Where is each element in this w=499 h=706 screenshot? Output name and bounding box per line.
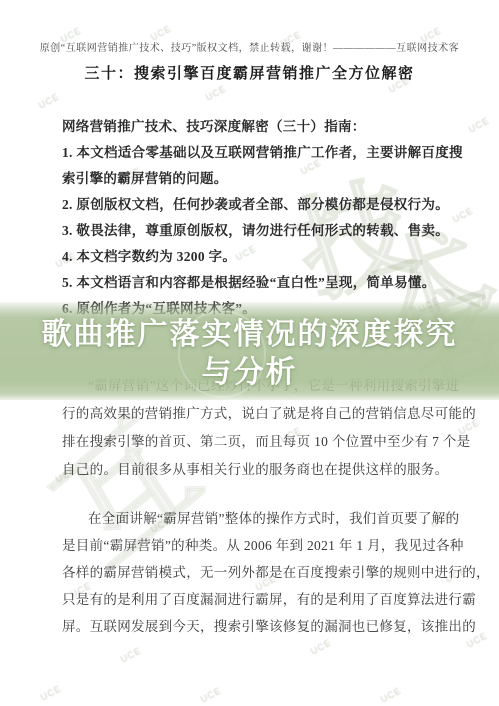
- watermark-small-mark: UCE: [37, 91, 61, 110]
- document-page: UCEUCEUCEUCEUCEUCEUCEUCEUCEUCEUCEUCEUCEU…: [0, 0, 499, 706]
- intro-line: 网络营销推广技术、技巧深度解密（三十）指南：: [62, 114, 463, 140]
- paragraph-line: 行的高效果的营销推广方式，说白了就是将自己的营销信息尽可能的: [62, 400, 476, 428]
- paragraph-2: 在全面讲解“霸屏营销”整体的操作方式时，我们首页要了解的 是目前“霸屏营销”的种…: [62, 505, 490, 640]
- paragraph-line: 只是有的是利用了百度漏洞进行霸屏，有的是利用了百度算法进行霸: [62, 586, 490, 613]
- watermark-small-mark: UCE: [204, 83, 228, 102]
- paragraph-line: 自己的。目前很多从事相关行业的服务商也在提供这样的服务。: [62, 456, 476, 484]
- paragraph-line: 各样的霸屏营销模式，无一列外都是在百度搜索引擎的规则中进行的，: [62, 559, 490, 586]
- watermark-circle: [178, 310, 266, 398]
- intro-line: 3. 敬畏法律，尊重原创版权，请勿进行任何形式的转载、售卖。: [62, 218, 463, 244]
- copyright-notice: 原创“互联网营销推广技术、技巧”版权文档，禁止转载，谢谢！——————互联网技术…: [0, 39, 499, 54]
- watermark-small-mark: UCE: [467, 115, 491, 134]
- paragraph-line: 排在搜索引擎的首页、第二页，而且每页 10 个位置中至少有 7 个是: [62, 428, 476, 456]
- watermark-small-mark: UCE: [199, 685, 223, 704]
- watermark-small-mark: UCE: [379, 685, 403, 704]
- intro-line: 1. 本文档适合零基础以及互联网营销推广工作者，主要讲解百度搜: [62, 140, 463, 166]
- watermark-small-mark: UCE: [39, 683, 63, 702]
- watermark-small-mark: UCE: [119, 645, 143, 664]
- intro-guide-block: 网络营销推广技术、技巧深度解密（三十）指南： 1. 本文档适合零基础以及互联网营…: [62, 114, 463, 322]
- intro-line: 5. 本文档语言和内容都是根据经验“直白性”呈现，简单易懂。: [62, 270, 463, 296]
- paragraph-line: 是目前“霸屏营销”的种类。从 2006 年到 2021 年 1 月，我见过各种: [62, 532, 490, 559]
- intro-line: 4. 本文档字数约为 3200 字。: [62, 244, 463, 270]
- paragraph-line: 在全面讲解“霸屏营销”整体的操作方式时，我们首页要了解的: [62, 505, 490, 532]
- watermark-small-mark: UCE: [309, 637, 333, 656]
- intro-line: 2. 原创版权文档，任何抄袭或者全部、部分模仿都是侵权行为。: [62, 192, 463, 218]
- intro-line: 索引擎的霸屏营销的问题。: [62, 166, 463, 192]
- document-title: 三十：搜索引擎百度霸屏营销推广全方位解密: [0, 62, 499, 83]
- paragraph-line: 屏。互联网发展到今天，搜索引擎该修复的漏洞也已修复，该推出的: [62, 613, 490, 640]
